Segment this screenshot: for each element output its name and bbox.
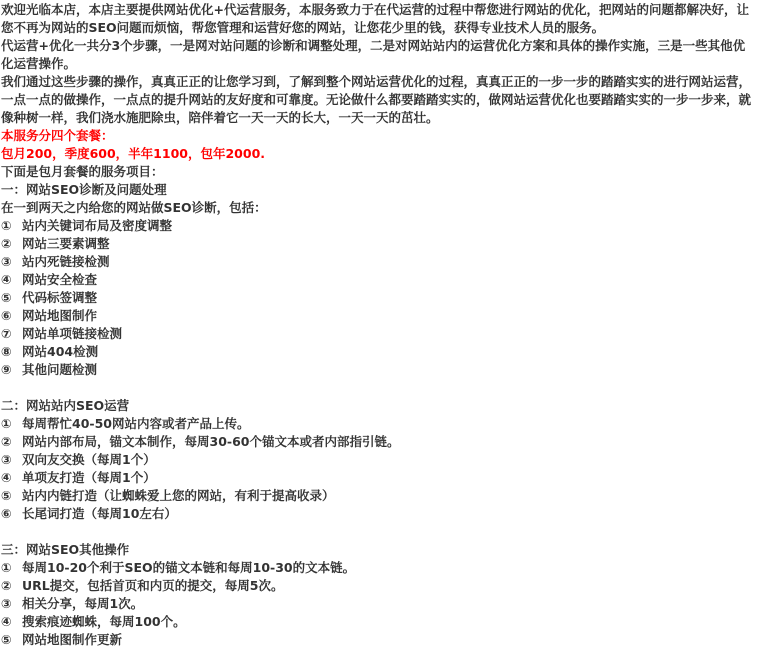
- spacer: [1, 379, 753, 397]
- intro-paragraph-2: 代运营+优化一共分3个步骤，一是网对站问题的诊断和调整处理，二是对网站站内的运营…: [1, 37, 753, 73]
- item-number: ③: [1, 595, 22, 613]
- item-number: ④: [1, 613, 22, 631]
- item-text: 站内关键词布局及密度调整: [22, 218, 172, 233]
- item-text: 每周10-20个利于SEO的锚文本链和每周10-30的文本链。: [22, 560, 355, 575]
- item-text: URL提交，包括首页和内页的提交，每周5次。: [22, 578, 283, 593]
- item-number: ④: [1, 469, 22, 487]
- list-item: ⑥长尾词打造（每周10左右）: [1, 505, 753, 523]
- section3-title: 三：网站SEO其他操作: [1, 541, 753, 559]
- item-text: 代码标签调整: [22, 290, 97, 305]
- intro-paragraph-3: 我们通过这些步骤的操作，真真正正的让您学习到，了解到整个网站运营优化的过程，真真…: [1, 73, 753, 127]
- item-number: ①: [1, 415, 22, 433]
- list-item: ②URL提交，包括首页和内页的提交，每周5次。: [1, 577, 753, 595]
- item-number: ⑤: [1, 289, 22, 307]
- intro-paragraph-1: 欢迎光临本店，本店主要提供网站优化+代运营服务，本服务致力于在代运营的过程中帮您…: [1, 1, 753, 37]
- item-text: 网站三要素调整: [22, 236, 110, 251]
- list-item: ⑨其他问题检测: [1, 361, 753, 379]
- list-item: ⑧网站404检测: [1, 343, 753, 361]
- item-number: ⑤: [1, 631, 22, 649]
- item-text: 每周帮忙40-50网站内容或者产品上传。: [22, 416, 249, 431]
- list-item: ④网站安全检查: [1, 271, 753, 289]
- item-number: ②: [1, 577, 22, 595]
- list-item: ⑤站内内链打造（让蜘蛛爱上您的网站，有利于提高收录）: [1, 487, 753, 505]
- list-item: ④搜索痕迹蜘蛛，每周100个。: [1, 613, 753, 631]
- list-item: ②网站内部布局，锚文本制作，每周30-60个锚文本或者内部指引链。: [1, 433, 753, 451]
- list-item: ①每周帮忙40-50网站内容或者产品上传。: [1, 415, 753, 433]
- item-number: ④: [1, 271, 22, 289]
- item-text: 搜索痕迹蜘蛛，每周100个。: [22, 614, 186, 629]
- item-number: ③: [1, 451, 22, 469]
- spacer: [1, 523, 753, 541]
- list-item: ③双向友交换（每周1个）: [1, 451, 753, 469]
- item-number: ⑦: [1, 325, 22, 343]
- monthly-intro: 下面是包月套餐的服务项目：: [1, 163, 753, 181]
- item-number: ⑥: [1, 505, 22, 523]
- item-text: 单项友打造（每周1个）: [22, 470, 156, 485]
- list-item: ①每周10-20个利于SEO的锚文本链和每周10-30的文本链。: [1, 559, 753, 577]
- list-item: ②网站三要素调整: [1, 235, 753, 253]
- item-number: ①: [1, 217, 22, 235]
- item-number: ③: [1, 253, 22, 271]
- item-text: 网站地图制作更新: [22, 632, 122, 647]
- item-text: 网站单项链接检测: [22, 326, 122, 341]
- list-item: ④单项友打造（每周1个）: [1, 469, 753, 487]
- item-text: 网站安全检查: [22, 272, 97, 287]
- item-number: ②: [1, 235, 22, 253]
- list-item: ⑤代码标签调整: [1, 289, 753, 307]
- list-item: ③站内死链接检测: [1, 253, 753, 271]
- section2-list: ①每周帮忙40-50网站内容或者产品上传。 ②网站内部布局，锚文本制作，每周30…: [1, 415, 753, 523]
- item-text: 长尾词打造（每周10左右）: [22, 506, 177, 521]
- list-item: ⑥网站地图制作: [1, 307, 753, 325]
- section1-list: ①站内关键词布局及密度调整 ②网站三要素调整 ③站内死链接检测 ④网站安全检查 …: [1, 217, 753, 379]
- item-text: 站内死链接检测: [22, 254, 110, 269]
- list-item: ③相关分享，每周1次。: [1, 595, 753, 613]
- item-number: ⑨: [1, 361, 22, 379]
- item-number: ⑧: [1, 343, 22, 361]
- section3-list: ①每周10-20个利于SEO的锚文本链和每周10-30的文本链。 ②URL提交，…: [1, 559, 753, 649]
- item-text: 网站404检测: [22, 344, 98, 359]
- section1-subtitle: 在一到两天之内给您的网站做SEO诊断，包括：: [1, 199, 753, 217]
- list-item: ⑦网站单项链接检测: [1, 325, 753, 343]
- section1-title: 一：网站SEO诊断及问题处理: [1, 181, 753, 199]
- section2-title: 二：网站站内SEO运营: [1, 397, 753, 415]
- list-item: ⑤网站地图制作更新: [1, 631, 753, 649]
- item-number: ⑤: [1, 487, 22, 505]
- service-description: 欢迎光临本店，本店主要提供网站优化+代运营服务，本服务致力于在代运营的过程中帮您…: [0, 0, 753, 649]
- list-item: ①站内关键词布局及密度调整: [1, 217, 753, 235]
- item-text: 网站地图制作: [22, 308, 97, 323]
- item-text: 相关分享，每周1次。: [22, 596, 143, 611]
- item-text: 双向友交换（每周1个）: [22, 452, 156, 467]
- item-text: 网站内部布局，锚文本制作，每周30-60个锚文本或者内部指引链。: [22, 434, 399, 449]
- packages-prices: 包月200，季度600，半年1100，包年2000.: [1, 145, 753, 163]
- packages-heading: 本服务分四个套餐：: [1, 127, 753, 145]
- item-text: 站内内链打造（让蜘蛛爱上您的网站，有利于提高收录）: [22, 488, 335, 503]
- item-number: ⑥: [1, 307, 22, 325]
- item-text: 其他问题检测: [22, 362, 97, 377]
- item-number: ①: [1, 559, 22, 577]
- item-number: ②: [1, 433, 22, 451]
